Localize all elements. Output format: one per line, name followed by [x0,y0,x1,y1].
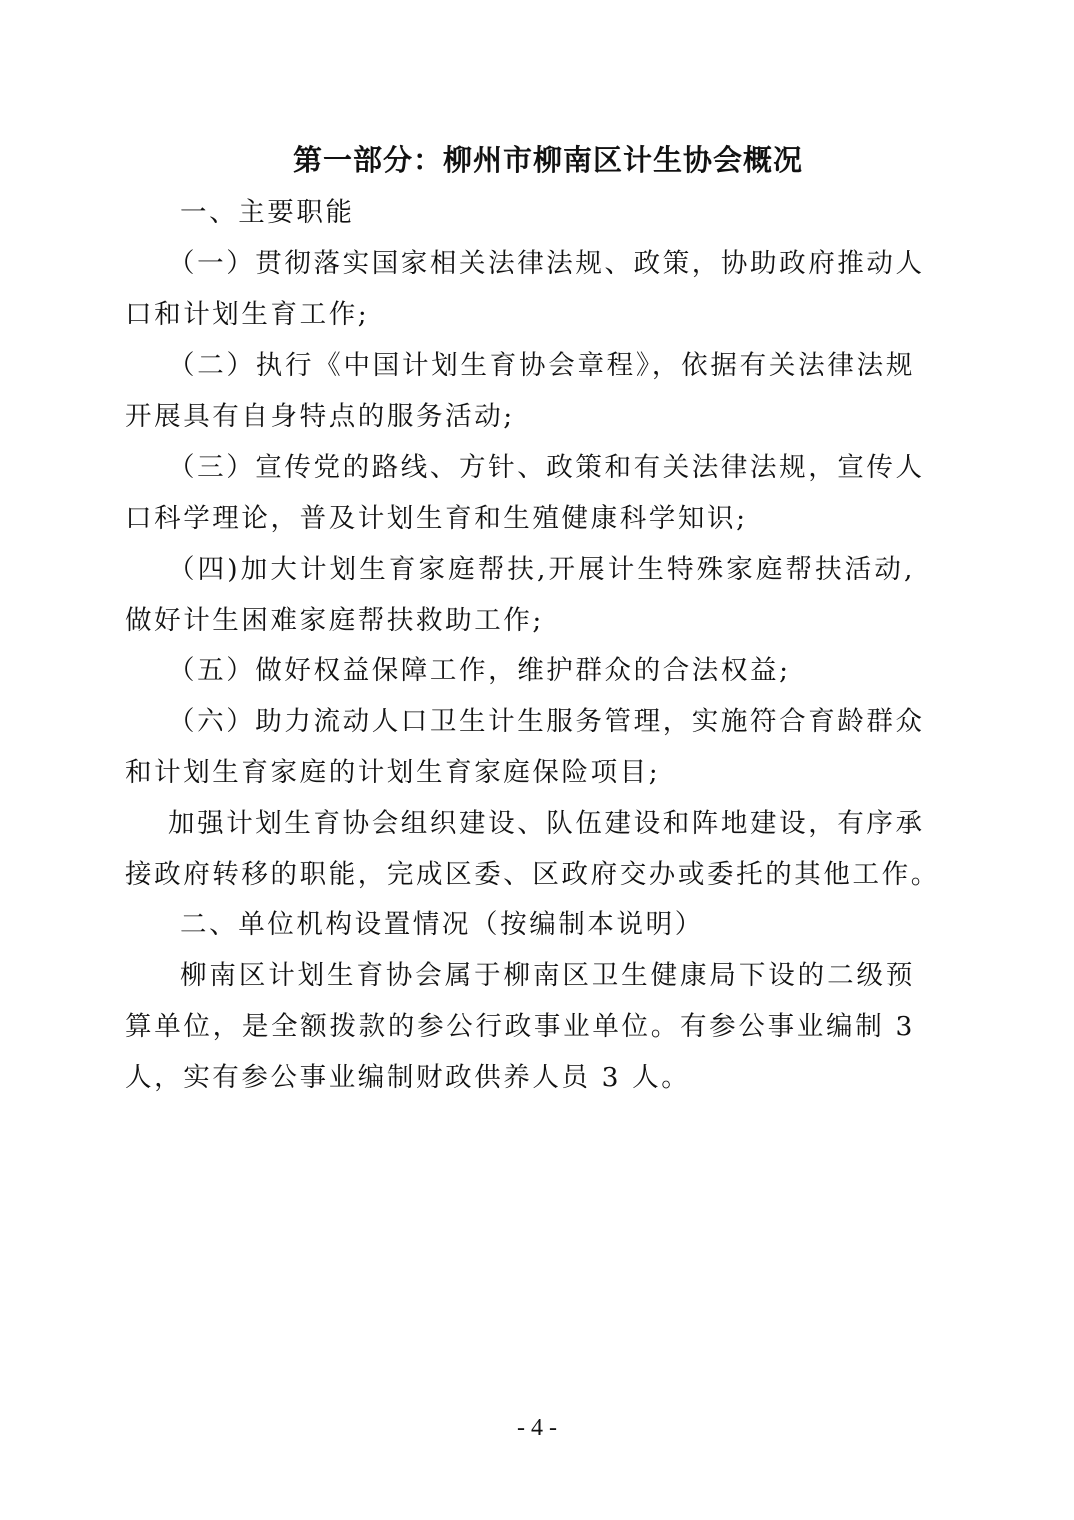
item-5-line-1: （五）做好权益保障工作，维护群众的合法权益; [168,651,915,691]
item-4-line-1: （四)加大计划生育家庭帮扶,开展计生特殊家庭帮扶活动, [168,550,915,590]
item-3-line-2: 口科学理论，普及计划生育和生殖健康科学知识; [125,499,915,539]
section2-paragraph-line-2: 算单位，是全额拨款的参公行政事业单位。有参公事业编制 3 [125,1007,915,1047]
page-number: - 4 - [0,1413,1074,1443]
item-1-line-1: （一）贯彻落实国家相关法律法规、政策，协助政府推动人 [168,244,915,284]
item-1-line-2: 口和计划生育工作; [125,295,915,335]
section2-paragraph-line-1: 柳南区计划生育协会属于柳南区卫生健康局下设的二级预 [180,956,915,996]
item-7-line-2: 接政府转移的职能，完成区委、区政府交办或委托的其他工作。 [125,855,915,895]
item-6-line-1: （六）助力流动人口卫生计生服务管理，实施符合育龄群众 [168,702,915,742]
item-3-line-1: （三）宣传党的路线、方针、政策和有关法律法规，宣传人 [168,448,915,488]
document-page: 第一部分：柳州市柳南区计生协会概况 一、主要职能 （一）贯彻落实国家相关法律法规… [0,0,1074,1520]
item-2-line-2: 开展具有自身特点的服务活动; [125,397,915,437]
item-2-line-1: （二）执行《中国计划生育协会章程》，依据有关法律法规 [168,346,915,386]
item-7-line-1: 加强计划生育协会组织建设、队伍建设和阵地建设，有序承 [168,804,915,844]
item-4-line-2: 做好计生困难家庭帮扶救助工作; [125,601,915,641]
section1-heading: 一、主要职能 [180,193,915,233]
section2-paragraph-line-3: 人，实有参公事业编制财政供养人员 3 人。 [125,1058,915,1098]
section2-heading: 二、单位机构设置情况（按编制本说明） [180,905,915,945]
item-6-line-2: 和计划生育家庭的计划生育家庭保险项目; [125,753,915,793]
document-title: 第一部分：柳州市柳南区计生协会概况 [0,140,1074,180]
